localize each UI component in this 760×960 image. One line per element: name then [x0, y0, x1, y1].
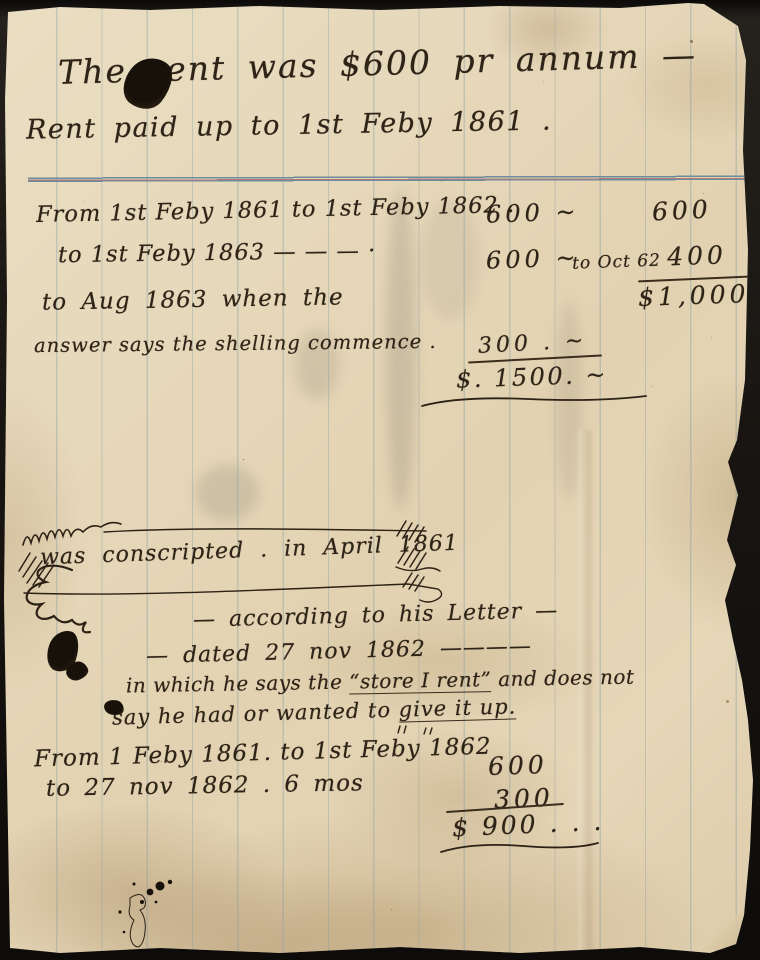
letter-line3-pre: in which he says the [126, 670, 350, 698]
letter-line3-post: and does not [491, 665, 634, 691]
account1-row1-amount: 600 ~ [486, 197, 580, 228]
ink-splatter [104, 872, 184, 960]
paper-sheet: The rent was $600 pr annum — Rent paid u… [0, 0, 760, 960]
account1-right-total: $1,000 [638, 279, 750, 312]
account1-row1-right: 600 [651, 194, 712, 226]
account1-total: $. 1500. ~ [456, 360, 609, 393]
account1-row2-right: to Oct 62 400 [572, 240, 728, 274]
letter-line3-quoted: “store I rent” [349, 667, 492, 694]
account1-row2-desc: to 1st Feby 1863 — — — · [58, 238, 377, 268]
scanned-document: The rent was $600 pr annum — Rent paid u… [0, 0, 760, 960]
ditto-marks [396, 724, 436, 738]
account1-row3-desc: to Aug 1863 when the [42, 284, 344, 315]
letter-line4-underlined: give it up. [398, 694, 516, 722]
total-underline-flourish [438, 838, 603, 858]
account1-row2-amount: 600 ~ [486, 243, 580, 274]
account2-row1-amount: 600 [488, 750, 549, 781]
account1-row4-desc: answer says the shelling commence . [34, 330, 437, 357]
flourish-scribble [14, 558, 114, 636]
account2-row2-desc: to 27 nov 1862 . 6 mos [46, 770, 364, 802]
account1-row2-right-label: to Oct 62 [572, 251, 661, 274]
total-underline-flourish [418, 390, 650, 412]
account1-row2-right-amount: 400 [667, 240, 728, 271]
